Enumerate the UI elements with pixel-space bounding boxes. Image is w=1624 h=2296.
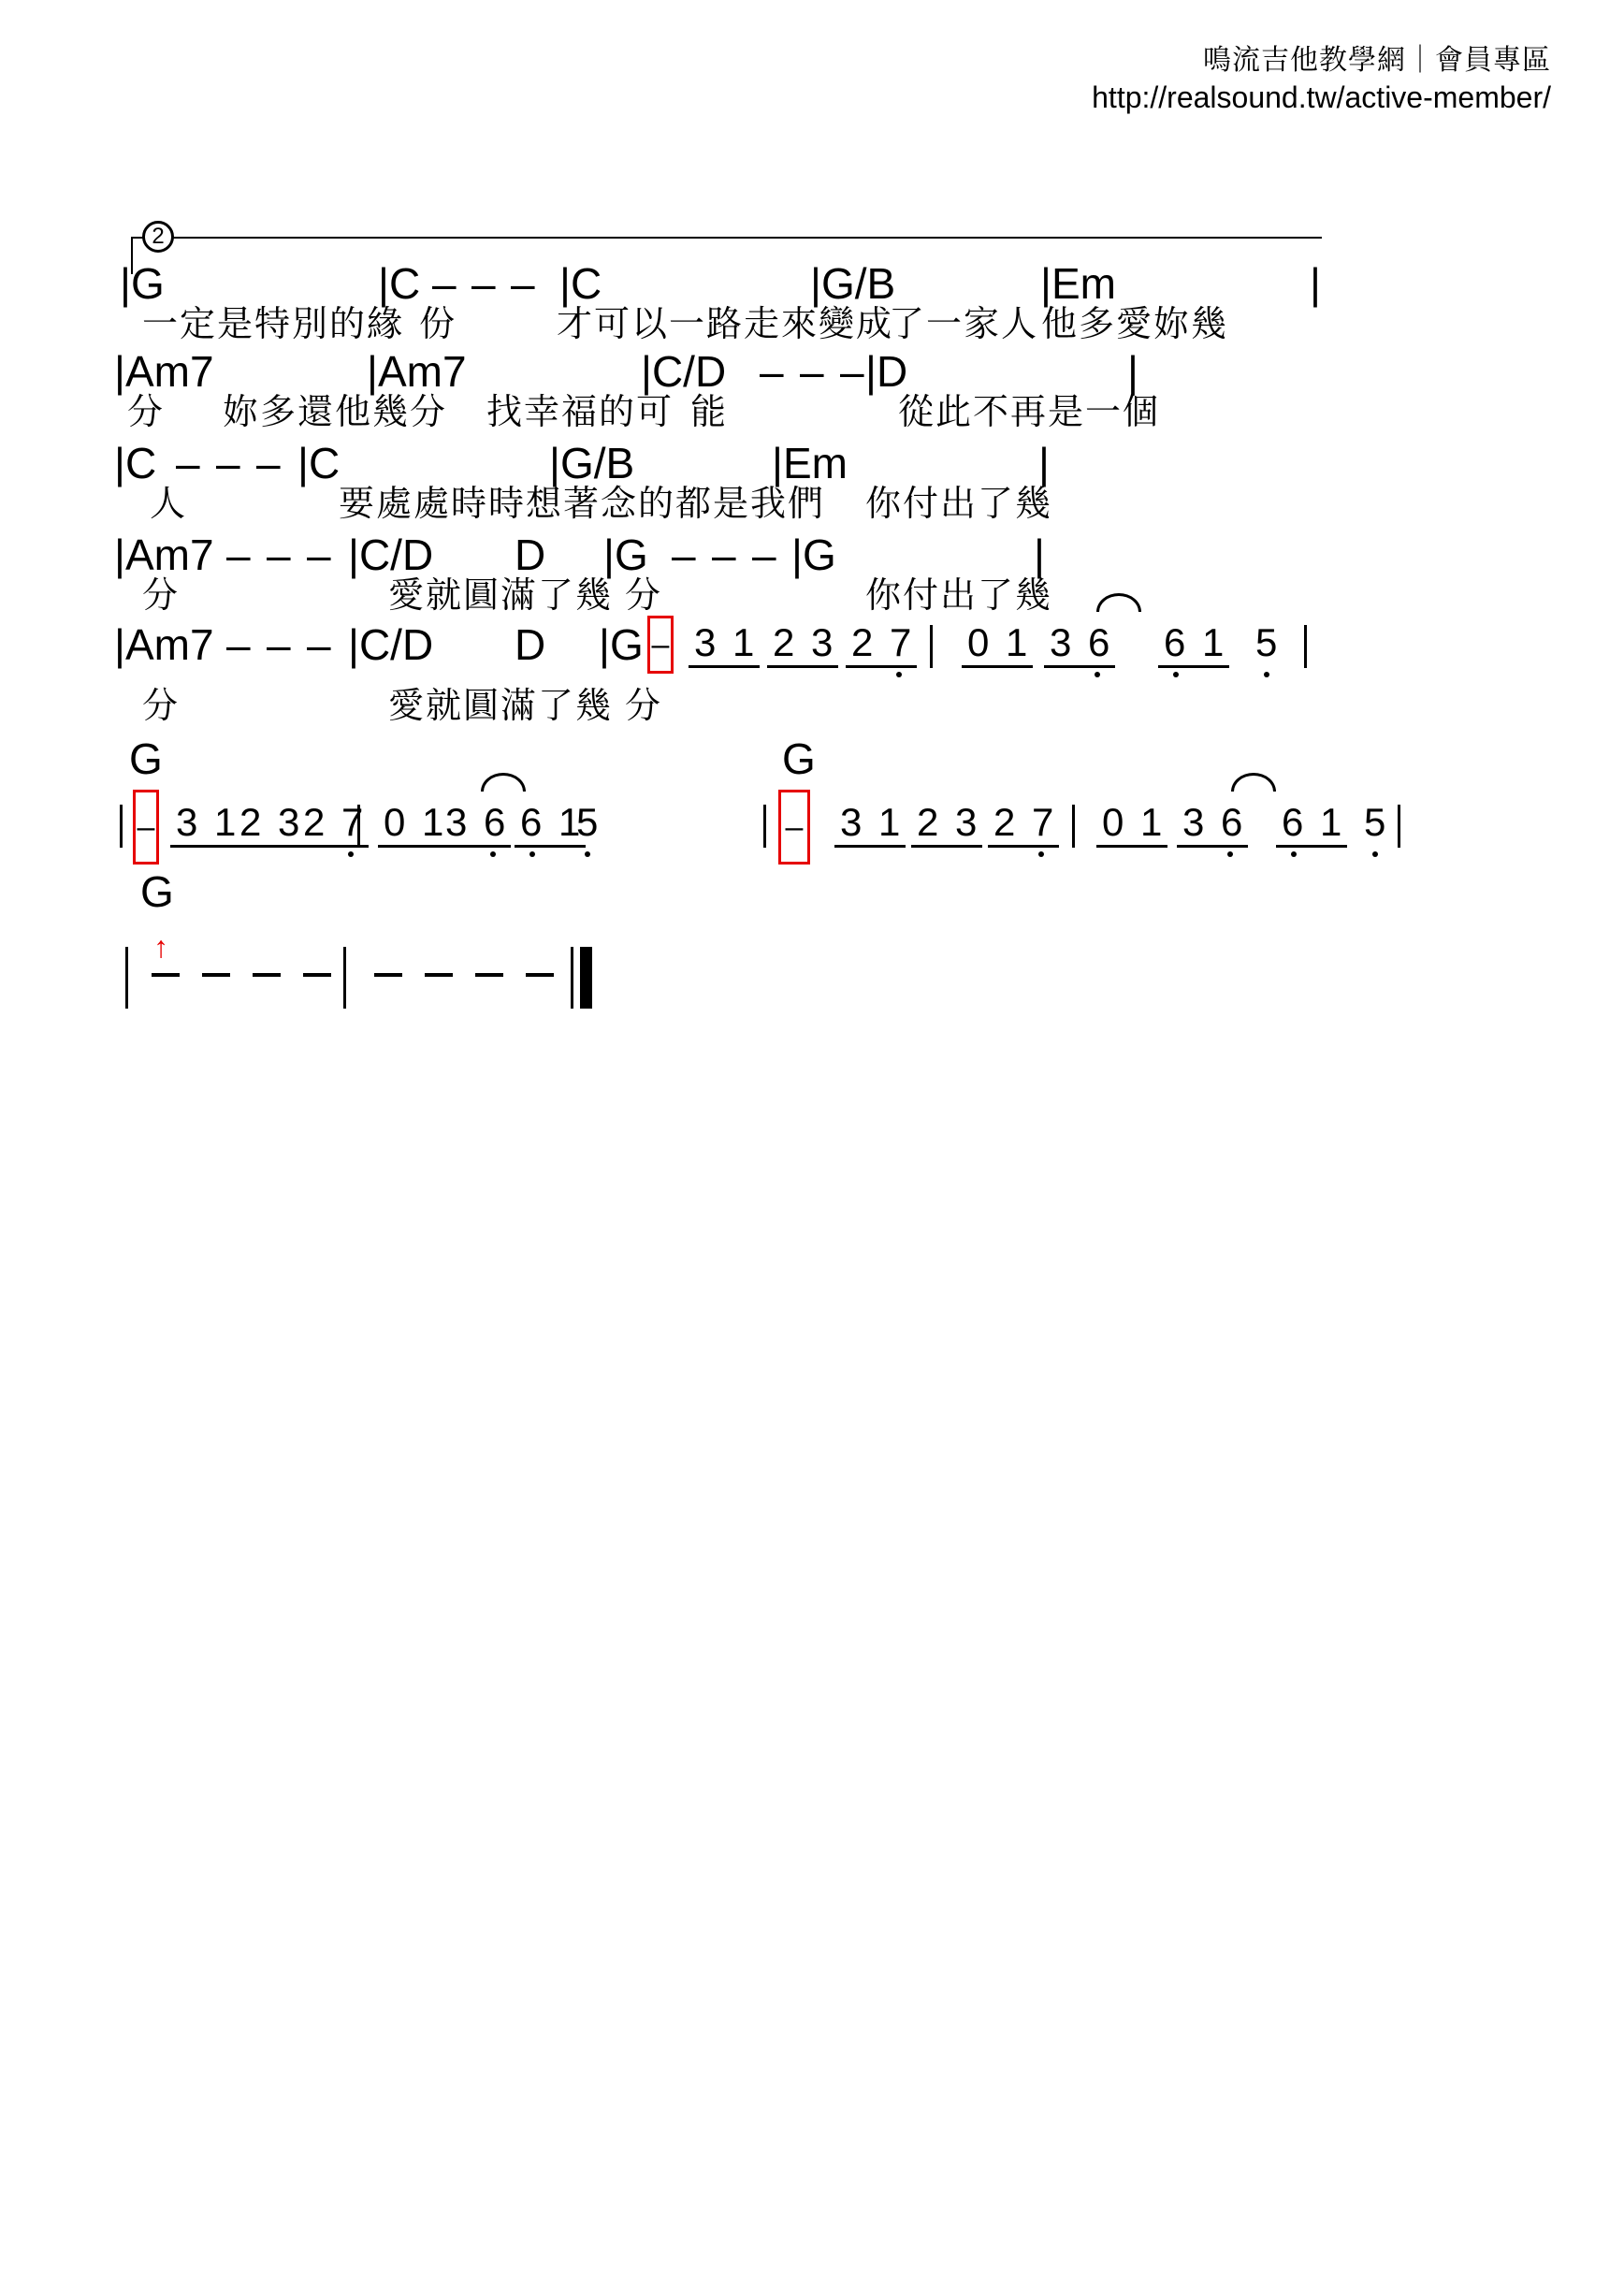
chord-text: – <box>307 533 331 576</box>
barline <box>357 805 360 848</box>
lyric-text: 你付出了幾 <box>865 487 1052 522</box>
jianpu-note-group: 2 7 <box>988 803 1059 848</box>
lyric-text: 了一家人 <box>889 307 1038 342</box>
chord-text: – <box>256 442 281 485</box>
lyric-text: 能 <box>690 395 728 430</box>
chord-text: – <box>471 262 496 305</box>
low-octave-dot <box>1372 851 1378 857</box>
chord-text: – <box>267 533 291 576</box>
highlighted-dash: – <box>652 629 670 661</box>
chord-text: |G <box>599 623 644 666</box>
barline <box>1072 805 1075 848</box>
low-octave-dot <box>585 851 590 857</box>
chord-text: |D <box>865 350 907 393</box>
member-url: http://realsound.tw/active-member/ <box>1092 79 1551 116</box>
jianpu-note-group: 3 6 <box>1177 803 1248 848</box>
jianpu-note-group: 3 1 <box>834 803 906 848</box>
final-barline <box>571 947 593 1009</box>
lyric-text: 他多愛妳幾 <box>1041 307 1228 342</box>
jianpu-note-group: 2 3 <box>234 803 305 848</box>
chord-text: |Am7 <box>114 533 214 576</box>
measure-dash <box>475 973 503 977</box>
jianpu-note-group: 2 3 <box>767 623 838 668</box>
chord-text: |G <box>120 262 165 305</box>
chord-text: – <box>216 442 240 485</box>
lyric-text: 分 <box>625 578 662 614</box>
tie-arc <box>1096 593 1141 612</box>
strum-up-arrow-icon: ↑ <box>153 932 168 962</box>
chord-text: – <box>176 442 200 485</box>
chord-text: – <box>511 262 535 305</box>
jianpu-note-group: 3 6 <box>440 803 511 848</box>
chord-text: |C/D <box>641 350 726 393</box>
final-barline-thin <box>571 947 573 1009</box>
barline <box>1398 805 1400 848</box>
lyric-text: 分 <box>142 578 180 614</box>
chord-text: – <box>267 623 291 666</box>
lyric-text: 愛就圓滿了幾 <box>388 689 613 724</box>
chord-text: |Em <box>772 442 848 485</box>
chord-text: |C <box>559 262 602 305</box>
jianpu-note-group: 5 <box>571 803 603 845</box>
volta-number-badge: 2 <box>142 221 174 253</box>
jianpu-note-group: 5 <box>1250 623 1283 665</box>
low-octave-dot <box>1038 851 1044 857</box>
chord-text: | <box>1127 350 1138 393</box>
page-header: 鳴流吉他教學網｜會員專區 http://realsound.tw/active-… <box>1092 43 1551 116</box>
chord-text: |C <box>378 262 420 305</box>
highlight-box: – <box>778 790 810 865</box>
jianpu-note-group: 0 1 <box>1096 803 1167 848</box>
barline <box>1304 625 1307 668</box>
jianpu-note-group: 3 1 <box>170 803 241 848</box>
chord-label: G <box>140 870 174 913</box>
chord-text: |G/B <box>810 262 895 305</box>
highlight-box: – <box>647 616 674 674</box>
jianpu-note-group: 2 3 <box>911 803 982 848</box>
low-octave-dot <box>1173 672 1179 677</box>
measure-dash <box>374 973 402 977</box>
jianpu-note-group: 3 1 <box>689 623 760 668</box>
tie-arc <box>1231 773 1276 792</box>
measure-dash <box>526 973 554 977</box>
low-octave-dot <box>1227 851 1233 857</box>
chord-text: |C <box>297 442 340 485</box>
chord-text: |Am7 <box>114 350 214 393</box>
low-octave-dot <box>896 672 902 677</box>
measure-dash <box>152 973 180 977</box>
chord-text: |G/B <box>549 442 634 485</box>
chord-text: |Am7 <box>367 350 467 393</box>
chord-label: G <box>129 737 163 780</box>
lyric-text: 才可以一路走來變成 <box>557 307 893 342</box>
chord-text: – <box>760 350 784 393</box>
lyric-text: 人 <box>150 487 187 522</box>
jianpu-note-group: 0 1 <box>962 623 1033 668</box>
chord-text: |Am7 <box>114 623 214 666</box>
low-octave-dot <box>1095 672 1100 677</box>
chord-text: |C/D <box>348 533 433 576</box>
chord-text: |G <box>791 533 836 576</box>
jianpu-note-group: 6 1 <box>1158 623 1229 668</box>
chord-text: – <box>672 533 696 576</box>
chord-text: |C/D <box>348 623 433 666</box>
chord-text: – <box>432 262 457 305</box>
chord-label: G <box>782 737 816 780</box>
lyric-text: 找幸福的可 <box>486 395 674 430</box>
barline <box>120 805 123 848</box>
chord-text: |Em <box>1040 262 1116 305</box>
jianpu-note-group: 2 7 <box>846 623 917 668</box>
barline <box>930 625 933 668</box>
chord-text: | <box>1038 442 1050 485</box>
highlighted-dash: – <box>786 811 804 843</box>
low-octave-dot <box>490 851 496 857</box>
chord-text: |C <box>114 442 156 485</box>
low-octave-dot <box>1264 672 1269 677</box>
lyric-text: 份 <box>419 307 457 342</box>
chord-text: – <box>752 533 776 576</box>
measure-dash <box>425 973 453 977</box>
measure-dash <box>303 973 331 977</box>
jianpu-note-group: 5 <box>1358 803 1391 845</box>
lyric-text: 從此不再是一個 <box>898 395 1160 430</box>
chord-text: – <box>307 623 331 666</box>
chord-text: – <box>226 623 251 666</box>
chord-text: | <box>1310 262 1321 305</box>
jianpu-note-group: 0 1 <box>378 803 449 848</box>
chord-text: D <box>515 533 545 576</box>
final-barline-thick <box>580 947 592 1009</box>
highlight-box: – <box>133 790 159 865</box>
barline <box>343 947 346 1009</box>
sheet-page: 鳴流吉他教學網｜會員專區 http://realsound.tw/active-… <box>0 0 1624 2296</box>
chord-text: |G <box>603 533 648 576</box>
barline <box>763 805 766 848</box>
chord-text: D <box>515 623 545 666</box>
chord-text: – <box>800 350 824 393</box>
jianpu-note-group: 3 6 <box>1044 623 1115 668</box>
volta-number: 2 <box>152 224 164 250</box>
lyric-text: 妳多還他幾分 <box>223 395 447 430</box>
chord-text: – <box>840 350 864 393</box>
tie-arc <box>481 773 526 792</box>
low-octave-dot <box>529 851 535 857</box>
chord-text: – <box>226 533 251 576</box>
volta-bracket-line <box>131 237 1322 239</box>
lyric-text: 分 <box>127 395 165 430</box>
chord-text: | <box>1034 533 1045 576</box>
measure-dash <box>253 973 281 977</box>
chord-text: – <box>712 533 736 576</box>
lyric-text: 要處處時時想著念的都是我們 <box>339 487 825 522</box>
lyric-text: 你付出了幾 <box>865 578 1052 614</box>
lyric-text: 一定是特別的緣 <box>142 307 404 342</box>
lyric-text: 分 <box>625 689 662 724</box>
jianpu-note-group: 6 1 <box>1276 803 1347 848</box>
low-octave-dot <box>1291 851 1297 857</box>
site-title: 鳴流吉他教學網｜會員專區 <box>1092 43 1551 79</box>
barline <box>125 947 128 1009</box>
highlighted-dash: – <box>138 811 155 843</box>
measure-dash <box>202 973 230 977</box>
low-octave-dot <box>348 851 354 857</box>
lyric-text: 分 <box>142 689 180 724</box>
lyric-text: 愛就圓滿了幾 <box>388 578 613 614</box>
